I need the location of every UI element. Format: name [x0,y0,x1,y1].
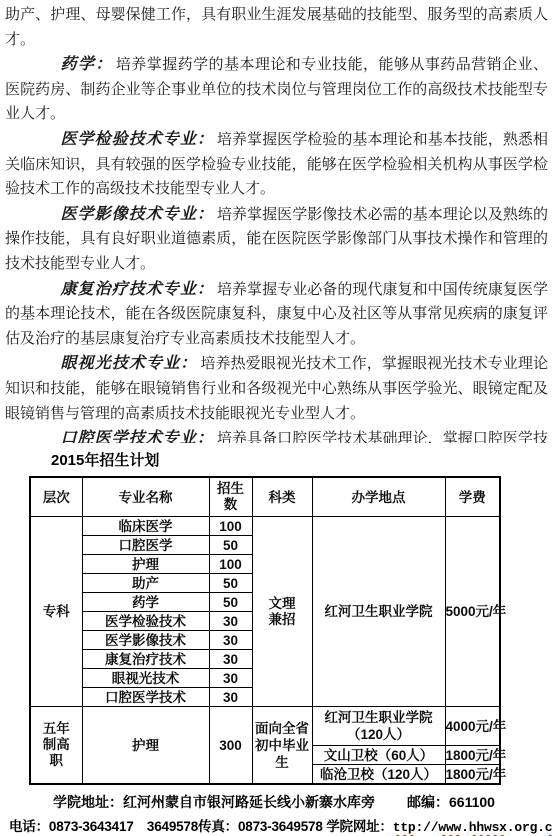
footer: 学院地址：红河州蒙自市银河路延长线小新寨水库旁邮编：661100 电话：0873… [5,792,548,835]
cell-count: 30 [209,631,252,650]
cell-fee: 1800元/年 [445,746,500,765]
cell-category-zhuanke: 文理兼招 [252,517,312,707]
phone-value: 0873-3643417 3649578 [49,819,198,834]
cell-count-wunian: 300 [209,707,252,785]
cell-fee-zhuanke: 5000元/年 [445,517,500,707]
cell-count: 50 [209,593,252,612]
cell-count: 50 [209,536,252,555]
cell-count: 30 [209,612,252,631]
fax-value: 0873-3649578 [238,819,323,834]
major-paragraph-lab-tech: 医学检验技术专业：培养掌握医学检验的基本理论和基本技能，熟悉相关临床知识，具有较… [5,127,548,202]
cell-level-wunian: 五年制高职 [30,707,82,785]
cell-major: 护理 [82,555,209,574]
major-paragraph-rehab: 康复治疗技术专业：培养掌握专业必备的现代康复和中国传统康复医学的基本理论技术，能… [5,277,548,352]
cell-category-wunian: 面向全省初中毕业生 [252,707,312,785]
postal-label: 邮编： [407,794,449,810]
cell-level-zhuanke: 专科 [30,517,82,707]
cell-major: 康复治疗技术 [82,650,209,669]
major-heading: 医学检验技术专业： [61,129,217,148]
major-paragraph-imaging: 医学影像技术专业：培养掌握医学影像技术必需的基本理论以及熟练的操作技能，具有良好… [5,202,548,277]
cell-location-zhuanke: 红河卫生职业学院 [312,517,445,707]
cell-fee: 1800元/年 [445,765,500,785]
cell-major: 眼视光技术 [82,669,209,688]
cell-major-wunian: 护理 [82,707,209,785]
cell-fee: 4000元/年 [445,707,500,746]
cell-major: 口腔医学技术 [82,688,209,707]
major-heading: 医学影像技术专业： [61,204,217,223]
header-fee: 学费 [445,477,500,517]
cell-major: 口腔医学 [82,536,209,555]
intro-section: 助产、护理、母婴保健工作，具有职业生涯发展基础的技能型、服务型的高素质人才。 药… [5,3,548,443]
major-heading: 口腔医学技术专业： [61,428,217,443]
cell-location: 临沧卫校（120人） [312,765,445,785]
website-url: ttp://www.hhwsx.org.cn/ [393,820,552,835]
major-paragraph-dental-tech: 口腔医学技术专业：培养具备口腔医学技术基础理论，掌握口腔医学技术的基本知识和基本… [5,426,548,443]
cell-count: 30 [209,669,252,688]
major-heading: 药学： [61,54,116,73]
cell-major: 医学影像技术 [82,631,209,650]
plan-title: 2015年招生计划 [51,449,548,470]
phone-label: 电话： [9,819,49,834]
address-value: 红河州蒙自市银河路延长线小新寨水库旁 [123,794,375,810]
cell-major: 助产 [82,574,209,593]
header-location: 办学地点 [312,477,445,517]
header-category: 科类 [252,477,312,517]
table-header-row: 层次 专业名称 招生数 科类 办学地点 学费 [30,477,500,517]
paragraph-continuation: 助产、护理、母婴保健工作，具有职业生涯发展基础的技能型、服务型的高素质人才。 [5,3,548,52]
header-level: 层次 [30,477,82,517]
major-paragraph-pharmacy: 药学：培养掌握药学的基本理论和专业技能，能够从事药品营销企业、医院药房、制药企业… [5,52,548,127]
cell-count: 30 [209,650,252,669]
cell-location: 红河卫生职业学院（120人） [312,707,445,746]
major-paragraph-optometry: 眼视光技术专业：培养热爱眼视光技术工作，掌握眼视光技术专业理论知识和技能，能够在… [5,351,548,426]
footer-contact-line: 电话：0873-3643417 3649578传真：0873-3649578 学… [9,815,548,835]
footer-address-line: 学院地址：红河州蒙自市银河路延长线小新寨水库旁邮编：661100 [53,792,548,812]
cell-count: 50 [209,574,252,593]
address-label: 学院地址： [53,794,123,810]
table-row-wunian: 五年制高职 护理 300 面向全省初中毕业生 红河卫生职业学院（120人） 40… [30,707,500,746]
document-page: 助产、护理、母婴保健工作，具有职业生涯发展基础的技能型、服务型的高素质人才。 药… [0,0,552,835]
postal-value: 661100 [449,794,495,810]
cell-count: 100 [209,555,252,574]
cell-major: 临床医学 [82,517,209,536]
fax-label: 传真： [198,819,238,834]
cell-count: 30 [209,688,252,707]
cell-major: 药学 [82,593,209,612]
cell-location: 文山卫校（60人） [312,746,445,765]
cell-major: 医学检验技术 [82,612,209,631]
cell-count: 100 [209,517,252,536]
major-heading: 眼视光技术专业： [61,353,201,372]
header-major: 专业名称 [82,477,209,517]
table-row: 专科 临床医学 100 文理兼招 红河卫生职业学院 5000元/年 [30,517,500,536]
major-heading: 康复治疗技术专业： [61,279,217,298]
website-label: 学院网址： [326,819,393,834]
header-count: 招生数 [209,477,252,517]
admission-plan-table: 层次 专业名称 招生数 科类 办学地点 学费 专科 临床医学 100 文理兼招 … [29,476,501,785]
